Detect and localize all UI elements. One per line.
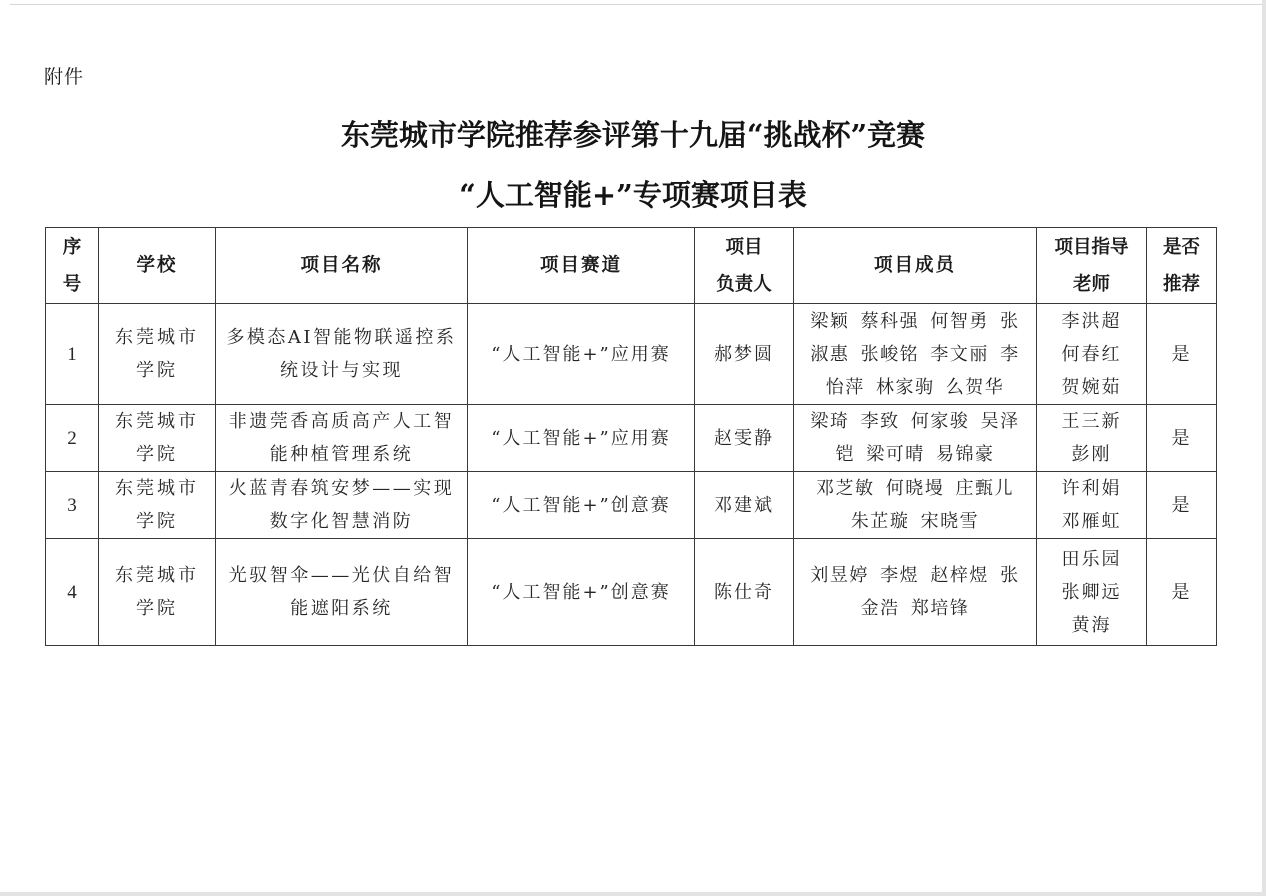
- row-advisor: 李洪超: [1037, 305, 1146, 338]
- header-track-label: 项目赛道: [468, 247, 694, 285]
- row-project-name: 火蓝青春筑安梦——实现数字化智慧消防: [226, 472, 458, 538]
- top-rule-divider: [10, 4, 1262, 5]
- document-page: 附件 东莞城市学院推荐参评第十九届“挑战杯”竞赛 “人工智能+”专项赛项目表 序…: [0, 0, 1262, 892]
- row-recommended: 是: [1147, 489, 1216, 522]
- row-recommended: 是: [1147, 338, 1216, 371]
- header-lead-line1: 项目: [695, 229, 793, 266]
- cell-members: 梁琦 李致 何家骏 吴泽铠 梁可晴 易锦豪: [794, 405, 1037, 472]
- cell-project-name: 光驭智伞——光伏自给智能遮阳系统: [216, 539, 468, 646]
- cell-advisor: 许利娟 邓雁虹: [1037, 472, 1147, 539]
- row-school: 东莞城市学院: [111, 321, 203, 387]
- row-school: 东莞城市学院: [111, 472, 203, 538]
- cell-members: 邓芝敏 何晓墁 庄甄儿 朱芷璇 宋晓雪: [794, 472, 1037, 539]
- cell-advisor: 田乐园 张卿远 黄海: [1037, 539, 1147, 646]
- header-advisor: 项目指导 老师: [1037, 228, 1147, 304]
- header-advisor-line2: 老师: [1037, 266, 1146, 303]
- header-school-label: 学校: [99, 247, 215, 285]
- cell-school: 东莞城市学院: [99, 472, 216, 539]
- attachment-label: 附件: [44, 62, 84, 89]
- cell-lead: 郝梦圆: [695, 304, 794, 405]
- cell-advisor: 王三新 彭刚: [1037, 405, 1147, 472]
- cell-recommended: 是: [1147, 472, 1217, 539]
- header-recommended-line2: 推荐: [1147, 266, 1216, 303]
- row-lead: 郝梦圆: [695, 338, 793, 371]
- cell-index: 3: [46, 472, 99, 539]
- cell-school: 东莞城市学院: [99, 304, 216, 405]
- cell-lead: 赵雯静: [695, 405, 794, 472]
- cell-lead: 邓建斌: [695, 472, 794, 539]
- row-advisor: 许利娟: [1037, 472, 1146, 505]
- header-members-label: 项目成员: [794, 247, 1036, 285]
- cell-project-name: 非遗莞香高质高产人工智能种植管理系统: [216, 405, 468, 472]
- row-index: 3: [67, 495, 77, 516]
- row-track: “人工智能+”创意赛: [491, 582, 671, 603]
- table-row: 4 东莞城市学院 光驭智伞——光伏自给智能遮阳系统 “人工智能+”创意赛 陈仕奇…: [46, 539, 1217, 646]
- header-track: 项目赛道: [468, 228, 695, 304]
- cell-index: 4: [46, 539, 99, 646]
- header-recommended-line1: 是否: [1147, 229, 1216, 266]
- row-index: 2: [67, 428, 77, 449]
- row-recommended: 是: [1147, 576, 1216, 609]
- cell-track: “人工智能+”创意赛: [468, 472, 695, 539]
- cell-project-name: 多模态AI智能物联遥控系统设计与实现: [216, 304, 468, 405]
- row-lead: 赵雯静: [695, 422, 793, 455]
- table-header-row: 序 号 学校 项目名称 项目赛道 项目 负责人 项目成员 项目指导 老师: [46, 228, 1217, 304]
- row-project-name: 非遗莞香高质高产人工智能种植管理系统: [226, 405, 458, 471]
- header-advisor-line1: 项目指导: [1037, 229, 1146, 266]
- row-lead: 邓建斌: [695, 489, 793, 522]
- row-lead: 陈仕奇: [695, 576, 793, 609]
- table-row: 3 东莞城市学院 火蓝青春筑安梦——实现数字化智慧消防 “人工智能+”创意赛 邓…: [46, 472, 1217, 539]
- row-school: 东莞城市学院: [111, 405, 203, 471]
- row-track: “人工智能+”创意赛: [491, 495, 671, 516]
- header-recommended: 是否 推荐: [1147, 228, 1217, 304]
- row-recommended: 是: [1147, 422, 1216, 455]
- row-advisor: 田乐园: [1037, 543, 1146, 576]
- cell-track: “人工智能+”创意赛: [468, 539, 695, 646]
- row-school: 东莞城市学院: [111, 559, 203, 625]
- header-school: 学校: [99, 228, 216, 304]
- cell-track: “人工智能+”应用赛: [468, 304, 695, 405]
- header-members: 项目成员: [794, 228, 1037, 304]
- row-advisor: 彭刚: [1037, 438, 1146, 471]
- row-advisor: 黄海: [1037, 609, 1146, 642]
- document-title-line2: “人工智能+”专项赛项目表: [0, 173, 1266, 214]
- table-row: 2 东莞城市学院 非遗莞香高质高产人工智能种植管理系统 “人工智能+”应用赛 赵…: [46, 405, 1217, 472]
- row-members: 邓芝敏 何晓墁 庄甄儿 朱芷璇 宋晓雪: [802, 472, 1028, 538]
- row-track: “人工智能+”应用赛: [491, 428, 671, 449]
- cell-index: 2: [46, 405, 99, 472]
- row-project-name: 光驭智伞——光伏自给智能遮阳系统: [226, 559, 458, 625]
- table-row: 1 东莞城市学院 多模态AI智能物联遥控系统设计与实现 “人工智能+”应用赛 郝…: [46, 304, 1217, 405]
- header-index-line2: 号: [46, 266, 98, 303]
- header-project-name-label: 项目名称: [216, 247, 467, 285]
- row-advisor: 张卿远: [1037, 576, 1146, 609]
- row-members: 梁颖 蔡科强 何智勇 张淑惠 张峻铭 李文丽 李怡萍 林家驹 么贺华: [802, 305, 1028, 404]
- row-advisor: 邓雁虹: [1037, 505, 1146, 538]
- row-index: 4: [67, 582, 77, 603]
- cell-recommended: 是: [1147, 304, 1217, 405]
- cell-index: 1: [46, 304, 99, 405]
- cell-project-name: 火蓝青春筑安梦——实现数字化智慧消防: [216, 472, 468, 539]
- document-title-line1: 东莞城市学院推荐参评第十九届“挑战杯”竞赛: [0, 113, 1266, 154]
- row-track: “人工智能+”应用赛: [491, 344, 671, 365]
- row-advisor: 王三新: [1037, 405, 1146, 438]
- header-lead: 项目 负责人: [695, 228, 794, 304]
- cell-track: “人工智能+”应用赛: [468, 405, 695, 472]
- cell-recommended: 是: [1147, 405, 1217, 472]
- row-project-name: 多模态AI智能物联遥控系统设计与实现: [226, 321, 458, 387]
- cell-school: 东莞城市学院: [99, 405, 216, 472]
- header-project-name: 项目名称: [216, 228, 468, 304]
- cell-lead: 陈仕奇: [695, 539, 794, 646]
- cell-members: 梁颖 蔡科强 何智勇 张淑惠 张峻铭 李文丽 李怡萍 林家驹 么贺华: [794, 304, 1037, 405]
- project-table: 序 号 学校 项目名称 项目赛道 项目 负责人 项目成员 项目指导 老师: [45, 227, 1217, 646]
- cell-members: 刘昱婷 李煜 赵梓煜 张金浩 郑培锋: [794, 539, 1037, 646]
- cell-school: 东莞城市学院: [99, 539, 216, 646]
- row-advisor: 贺婉茹: [1037, 371, 1146, 404]
- header-index-line1: 序: [46, 229, 98, 266]
- header-index: 序 号: [46, 228, 99, 304]
- header-lead-line2: 负责人: [695, 266, 793, 303]
- row-index: 1: [67, 344, 77, 365]
- row-members: 刘昱婷 李煜 赵梓煜 张金浩 郑培锋: [802, 559, 1028, 625]
- row-members: 梁琦 李致 何家骏 吴泽铠 梁可晴 易锦豪: [802, 405, 1028, 471]
- cell-recommended: 是: [1147, 539, 1217, 646]
- cell-advisor: 李洪超 何春红 贺婉茹: [1037, 304, 1147, 405]
- row-advisor: 何春红: [1037, 338, 1146, 371]
